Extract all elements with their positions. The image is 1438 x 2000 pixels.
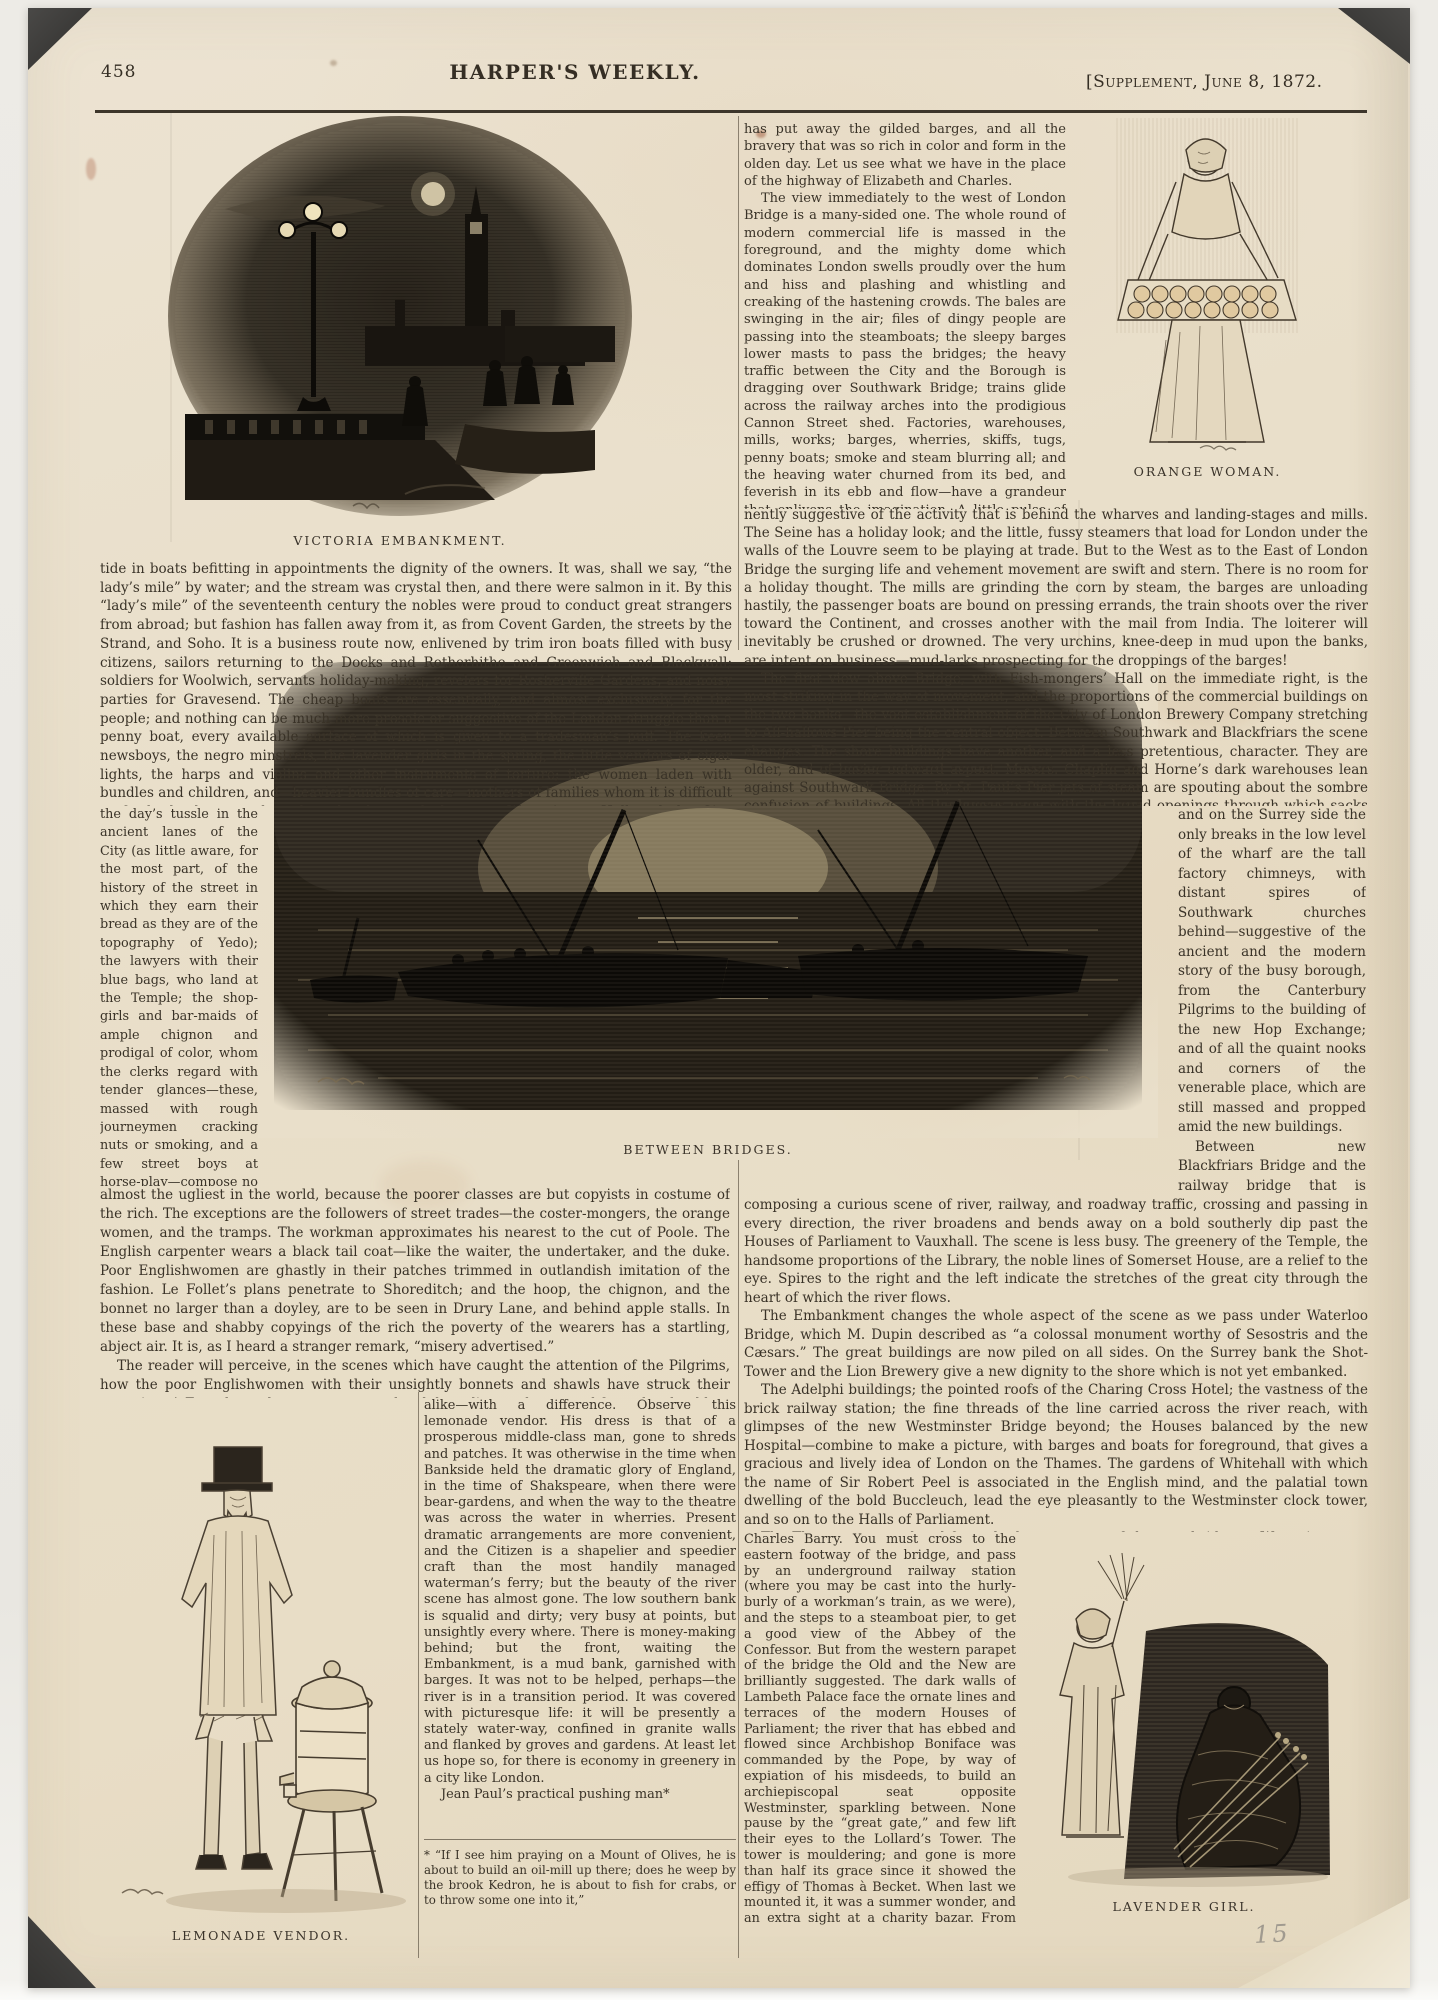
- lavender-girl-art: [1028, 1535, 1340, 1895]
- left-column-wide-text: tide in boats befitting in appointments …: [100, 560, 732, 806]
- column-rule: [738, 1160, 739, 1958]
- paragraph: The Embankment changes the whole aspect …: [744, 1307, 1368, 1381]
- lemonade-vendor-engraving: [96, 1385, 414, 1925]
- right-column-wide-text: nently suggestive of the activity that i…: [744, 506, 1368, 806]
- between-bridges-caption: BETWEEN BRIDGES.: [258, 1142, 1158, 1157]
- lemonade-vendor-art: [96, 1385, 414, 1925]
- victoria-embankment-engraving: [165, 114, 635, 526]
- column-rule: [418, 1392, 419, 1958]
- lavender-girl-engraving: [1028, 1535, 1340, 1895]
- right-bottom-narrow-text: Charles Barry. You must cross to the eas…: [744, 1532, 1016, 1926]
- victoria-embankment-art: [165, 114, 635, 526]
- paragraph: composing a curious scene of river, rail…: [744, 1196, 1368, 1307]
- left-column-lower-text: almost the ugliest in the world, because…: [100, 1186, 730, 1398]
- paragraph: The first view above Bridge, with Fish-m…: [744, 670, 1368, 806]
- victoria-embankment-caption: VICTORIA EMBANKMENT.: [165, 533, 635, 548]
- paragraph: has put away the gilded barges, and all …: [744, 121, 1066, 190]
- right-column-top-text: has put away the gilded barges, and all …: [744, 121, 1066, 509]
- paragraph: alike—with a difference. Observe this le…: [424, 1398, 736, 1787]
- paragraph: Charles Barry. You must cross to the eas…: [744, 1532, 1016, 1926]
- masthead-title: HARPER'S WEEKLY.: [330, 60, 820, 84]
- paragraph: the day’s tussle in the ancient lanes of…: [100, 806, 258, 1186]
- column-rule: [738, 116, 739, 650]
- orange-woman-caption: ORANGE WOMAN.: [1080, 464, 1335, 479]
- paragraph: The reader will perceive, in the scenes …: [100, 1357, 730, 1398]
- orange-woman-art: [1080, 112, 1335, 464]
- paragraph: Between new Blackfriars Bridge and the r…: [1178, 1138, 1366, 1197]
- pencil-annotation: 15: [1253, 1919, 1291, 1949]
- footnote-rule: [424, 1839, 736, 1840]
- orange-woman-engraving: [1080, 112, 1335, 464]
- paragraph: The view immediately to the west of Lond…: [744, 190, 1066, 509]
- right-column-lower-text: composing a curious scene of river, rail…: [744, 1196, 1368, 1532]
- paragraph: Jean Paul’s practical pushing man*: [424, 1787, 736, 1803]
- paragraph: and on the Surrey side the only breaks i…: [1178, 806, 1366, 1138]
- paragraph: The Adelphi buildings; the pointed roofs…: [744, 1381, 1368, 1529]
- right-narrow-column-text: and on the Surrey side the only breaks i…: [1178, 806, 1366, 1196]
- paragraph: almost the ugliest in the world, because…: [100, 1186, 730, 1357]
- lavender-girl-caption: LAVENDER GIRL.: [1028, 1899, 1340, 1914]
- paragraph: nently suggestive of the activity that i…: [744, 506, 1368, 670]
- footnote-text: * “If I see him praying on a Mount of Ol…: [424, 1848, 736, 1918]
- footnote: * “If I see him praying on a Mount of Ol…: [424, 1848, 736, 1908]
- lemonade-vendor-caption: LEMONADE VENDOR.: [96, 1928, 426, 1943]
- supplement-dateline: [Supplement, June 8, 1872.: [1086, 72, 1376, 92]
- paragraph: tide in boats befitting in appointments …: [100, 560, 732, 806]
- middle-column-text: alike—with a difference. Observe this le…: [424, 1398, 736, 1834]
- page-number: 458: [101, 62, 136, 82]
- left-narrow-column-text: the day’s tussle in the ancient lanes of…: [100, 806, 258, 1186]
